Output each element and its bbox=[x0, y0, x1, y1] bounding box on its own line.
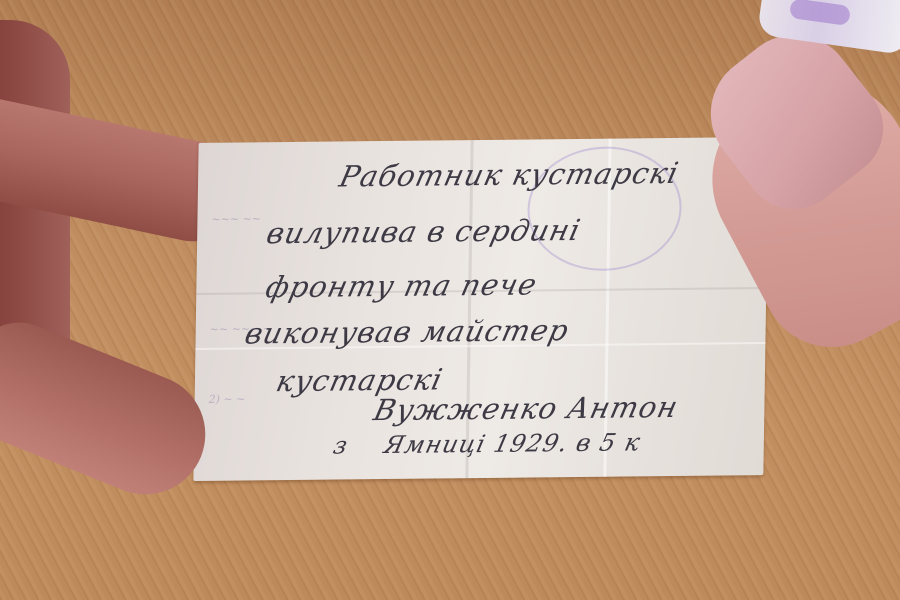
note-line-4: виконував майстер bbox=[242, 313, 573, 350]
handwritten-note: ~~~ ~~ ~~ ~~~ ~ 2) ~ ~ Работник кустарск… bbox=[193, 137, 768, 481]
note-line-2: вилупива в сердині bbox=[263, 213, 584, 250]
note-line-place-date: з Ямниці 1929. в 5 к bbox=[331, 428, 644, 459]
bleed-through-text: ~~~ ~~ bbox=[211, 212, 261, 226]
note-line-1: Работник кустарскі bbox=[336, 156, 682, 194]
note-line-8: Ямниці 1929. в 5 к bbox=[381, 428, 643, 459]
note-signature: Вужженко Антон bbox=[371, 390, 682, 427]
bleed-through-text: 2) ~ ~ bbox=[209, 392, 246, 405]
note-line-3: фронту та пече bbox=[263, 267, 541, 304]
note-line-7: з bbox=[331, 431, 351, 459]
